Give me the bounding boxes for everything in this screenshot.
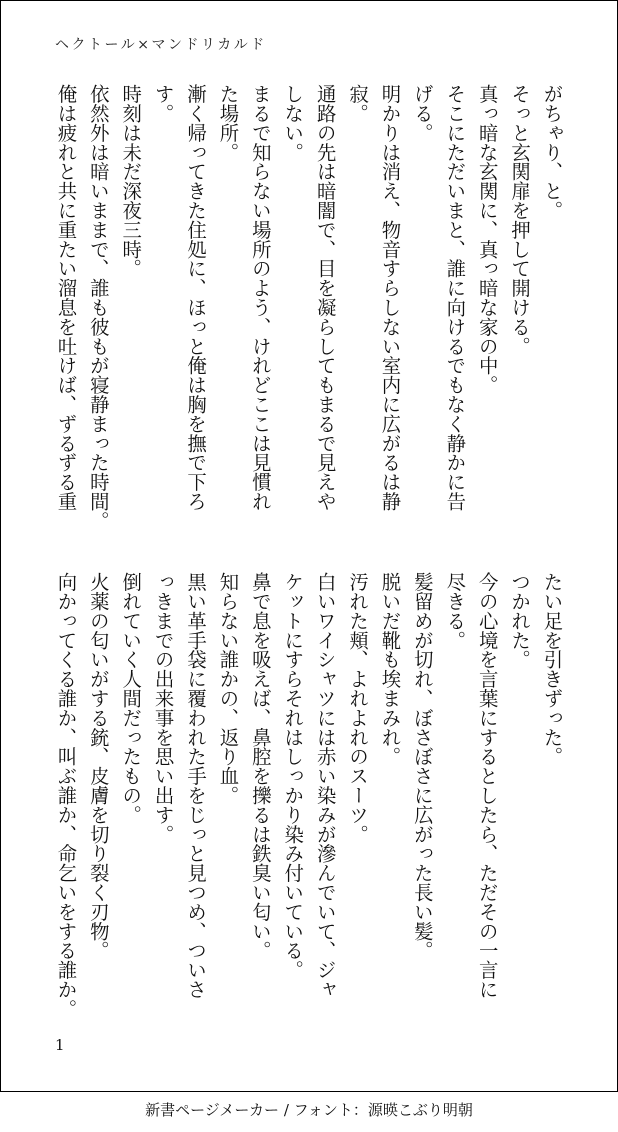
text-column: 白いワイシャツには赤い染みが滲んでいて、ジャ: [308, 572, 340, 1018]
text-column: そこにただいまと、誰に向けるでもなく静かに告: [438, 84, 470, 530]
text-column: 汚れた頬、よれよれのスーツ。: [341, 572, 373, 1018]
text-column: 髪留めが切れ、ぼさぼさに広がった長い髪。: [405, 572, 437, 1018]
text-column: 依然外は暗いままで、誰も彼もが寝静まった時間。: [81, 84, 113, 530]
text-column: 時刻は未だ深夜三時。: [114, 84, 146, 530]
text-column: がちゃり、と。: [535, 84, 567, 530]
text-block-upper: がちゃり、と。 そっと玄関扉を押して開ける。 真っ暗な玄関に、真っ暗な家の中。 …: [49, 84, 568, 530]
text-column: しない。: [276, 84, 308, 530]
text-column: つかれた。: [503, 572, 535, 1018]
text-column: 鼻で息を吸えば、鼻腔を擽るは鉄臭い匂い。: [243, 572, 275, 1018]
text-column: 脱いだ靴も埃まみれ。: [373, 572, 405, 1018]
text-column: 俺は疲れと共に重たい溜息を吐けば、ずるずる重: [49, 84, 81, 530]
text-column: げる。: [405, 84, 437, 530]
text-column: す。: [146, 84, 178, 530]
text-block-lower: たい足を引きずった。 つかれた。 今の心境を言葉にするとしたら、ただその一言に …: [49, 572, 568, 1018]
text-column: っきまでの出来事を思い出す。: [146, 572, 178, 1018]
text-column: 寂。: [341, 84, 373, 530]
text-column: 向かってくる誰か、叫ぶ誰か、命乞いをする誰か。: [49, 572, 81, 1018]
text-column: た場所。: [211, 84, 243, 530]
text-column: 倒れていく人間だったもの。: [114, 572, 146, 1018]
text-column: 知らない誰かの、返り血。: [211, 572, 243, 1018]
footer-credit: 新書ページメーカー / フォント：源暎こぶり明朝: [0, 1100, 618, 1120]
page-number: 1: [55, 1035, 65, 1055]
text-column: 今の心境を言葉にするとしたら、ただその一言に: [470, 572, 502, 1018]
text-column: 黒い革手袋に覆われた手をじっと見つめ、ついさ: [179, 572, 211, 1018]
text-column: 明かりは消え、物音すらしない室内に広がるは静: [373, 84, 405, 530]
text-column: 尽きる。: [438, 572, 470, 1018]
text-column: まるで知らない場所のよう、けれどここは見慣れ: [243, 84, 275, 530]
text-column: 通路の先は暗闇で、目を凝らしてもまるで見えや: [308, 84, 340, 530]
text-column: 火薬の匂いがする銃、皮膚を切り裂く刃物。: [81, 572, 113, 1018]
text-column: 漸く帰ってきた住処に、ほっと俺は胸を撫で下ろ: [179, 84, 211, 530]
text-column: ケットにすらそれはしっかり染み付いている。: [276, 572, 308, 1018]
text-column: そっと玄関扉を押して開ける。: [503, 84, 535, 530]
text-column: 真っ暗な玄関に、真っ暗な家の中。: [470, 84, 502, 530]
running-header-title: ヘクトール×マンドリカルド: [55, 36, 267, 54]
text-column: たい足を引きずった。: [535, 572, 567, 1018]
